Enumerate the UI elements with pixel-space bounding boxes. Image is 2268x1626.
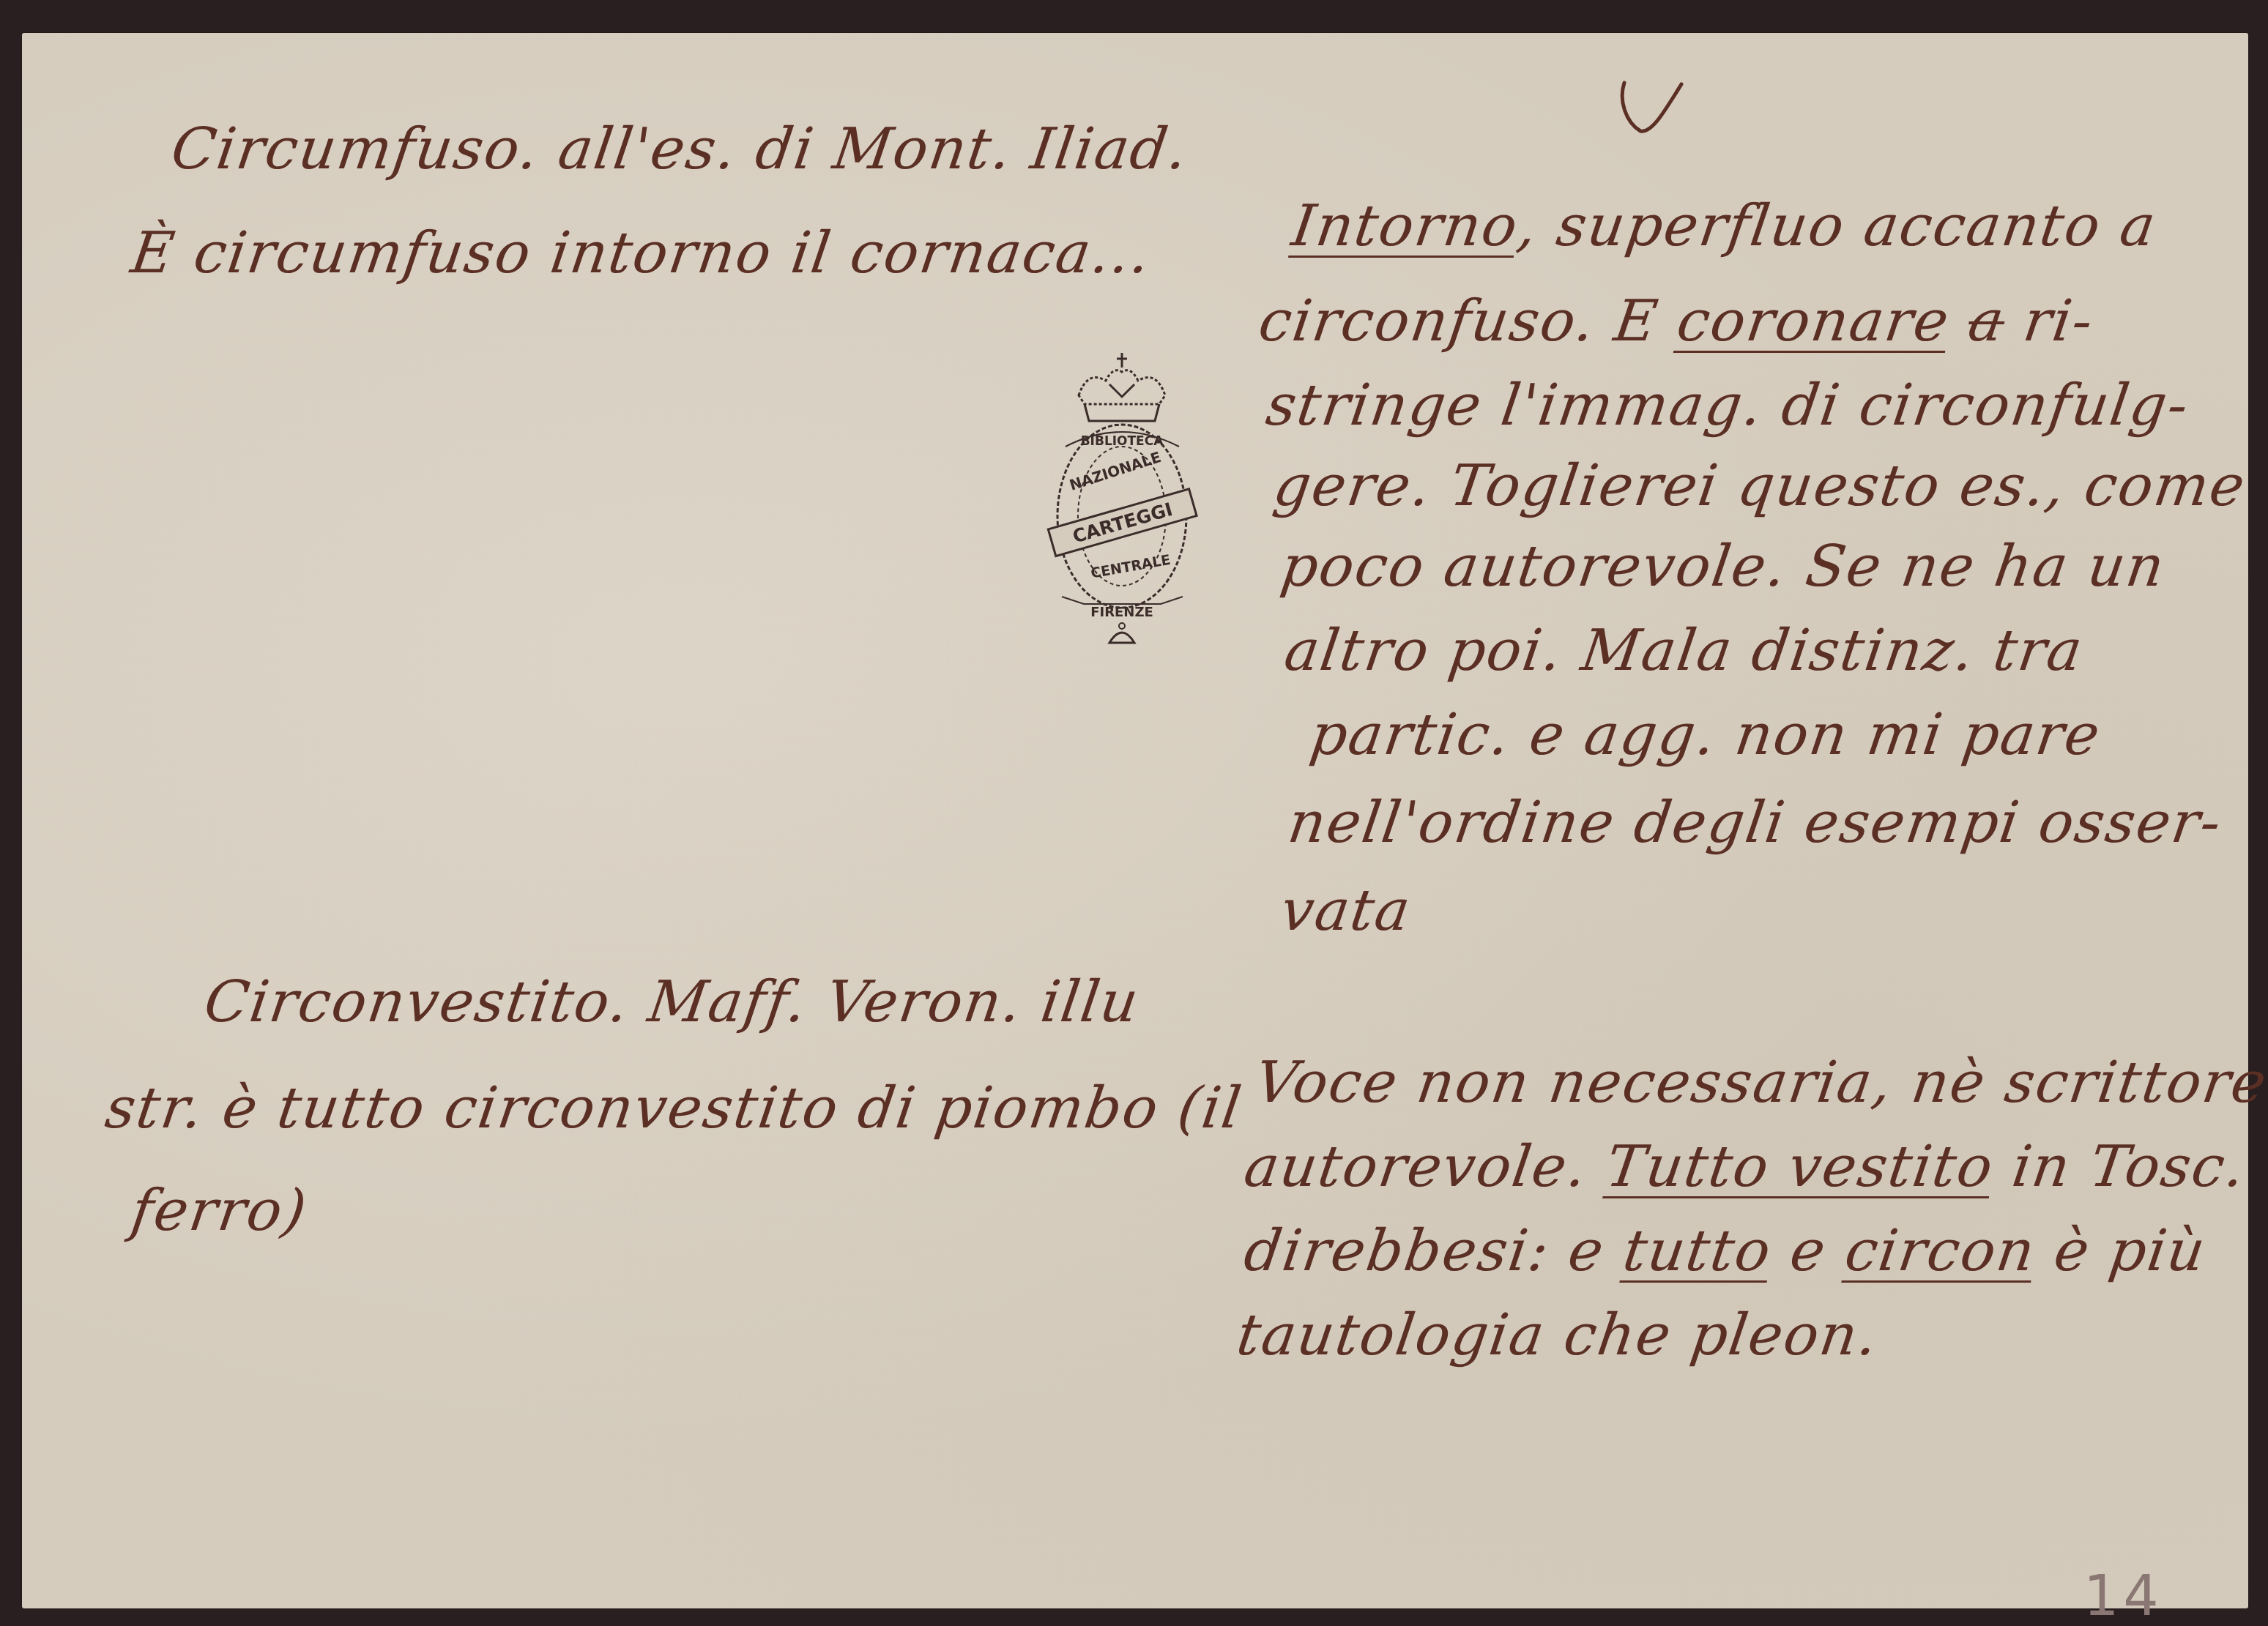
text-line: partic. e agg. non mi pare [1307, 706, 2105, 764]
underlined-phrase: Tutto vestito [1602, 1134, 1998, 1200]
text-span: ri- [2000, 288, 2098, 354]
text-line: gere. Toglierei questo es., come [1271, 458, 2250, 515]
underlined-word: tutto [1619, 1218, 1776, 1284]
text-line: Circumfuso. all'es. di Mont. Iliad. [168, 121, 1192, 178]
text-line: È circumfuso intorno il cornaca... [128, 225, 1155, 282]
check-mark-icon [1618, 78, 1684, 137]
manuscript-page: Circumfuso. all'es. di Mont. Iliad. È ci… [22, 33, 2248, 1608]
text-line: Intorno, superfluo accanto a [1289, 198, 2160, 255]
text-line: stringe l'immag. di circonfulg- [1263, 377, 2193, 434]
text-span: autorevole. [1241, 1134, 1612, 1200]
text-span: è più [2031, 1218, 2211, 1284]
svg-text:CENTRALE: CENTRALE [1090, 552, 1172, 582]
text-line: direbbesi: e tutto e circon è più [1241, 1223, 2210, 1280]
underlined-word: Intorno [1288, 193, 1522, 259]
text-span: , superfluo accanto a [1514, 193, 2161, 259]
underlined-word: coronare [1673, 288, 1955, 354]
text-span: in Tosc. [1988, 1134, 2250, 1200]
svg-text:FIRENZE: FIRENZE [1090, 605, 1153, 620]
text-line: autorevole. Tutto vestito in Tosc. [1241, 1138, 2250, 1196]
text-line: nell'ordine degli esempi osser- [1285, 794, 2226, 851]
text-line: circonfuso. E coronare a ri- [1256, 293, 2098, 350]
svg-text:NAZIONALE: NAZIONALE [1067, 448, 1163, 494]
text-line: poco autorevole. Se ne ha un [1278, 538, 2169, 595]
underlined-word: circon [1841, 1218, 2040, 1284]
text-line: str. è tutto circonvestito di piombo (il [103, 1080, 1246, 1137]
text-span: e [1766, 1218, 1850, 1284]
text-line: vata [1278, 882, 1415, 939]
text-line: Voce non necessaria, nè scrittore [1252, 1054, 2268, 1111]
text-span: circonfuso. E [1255, 288, 1682, 354]
text-line: Circonvestito. Maff. Veron. illu [201, 974, 1143, 1031]
page-number: 14 [2083, 1563, 2163, 1626]
text-line: ferro) [128, 1182, 311, 1239]
text-span: direbbesi: e [1241, 1218, 1629, 1284]
svg-text:BIBLIOTECA: BIBLIOTECA [1081, 434, 1164, 449]
text-line: tautologia che pleon. [1234, 1307, 1882, 1364]
text-line: altro poi. Mala distinz. tra [1282, 622, 2087, 679]
library-stamp: BIBLIOTECA NAZIONALE CARTEGGI CENTRALE F… [1044, 351, 1201, 644]
svg-text:CARTEGGI: CARTEGGI [1070, 499, 1175, 548]
crown-seal-icon: BIBLIOTECA NAZIONALE CARTEGGI CENTRALE F… [1044, 351, 1201, 644]
